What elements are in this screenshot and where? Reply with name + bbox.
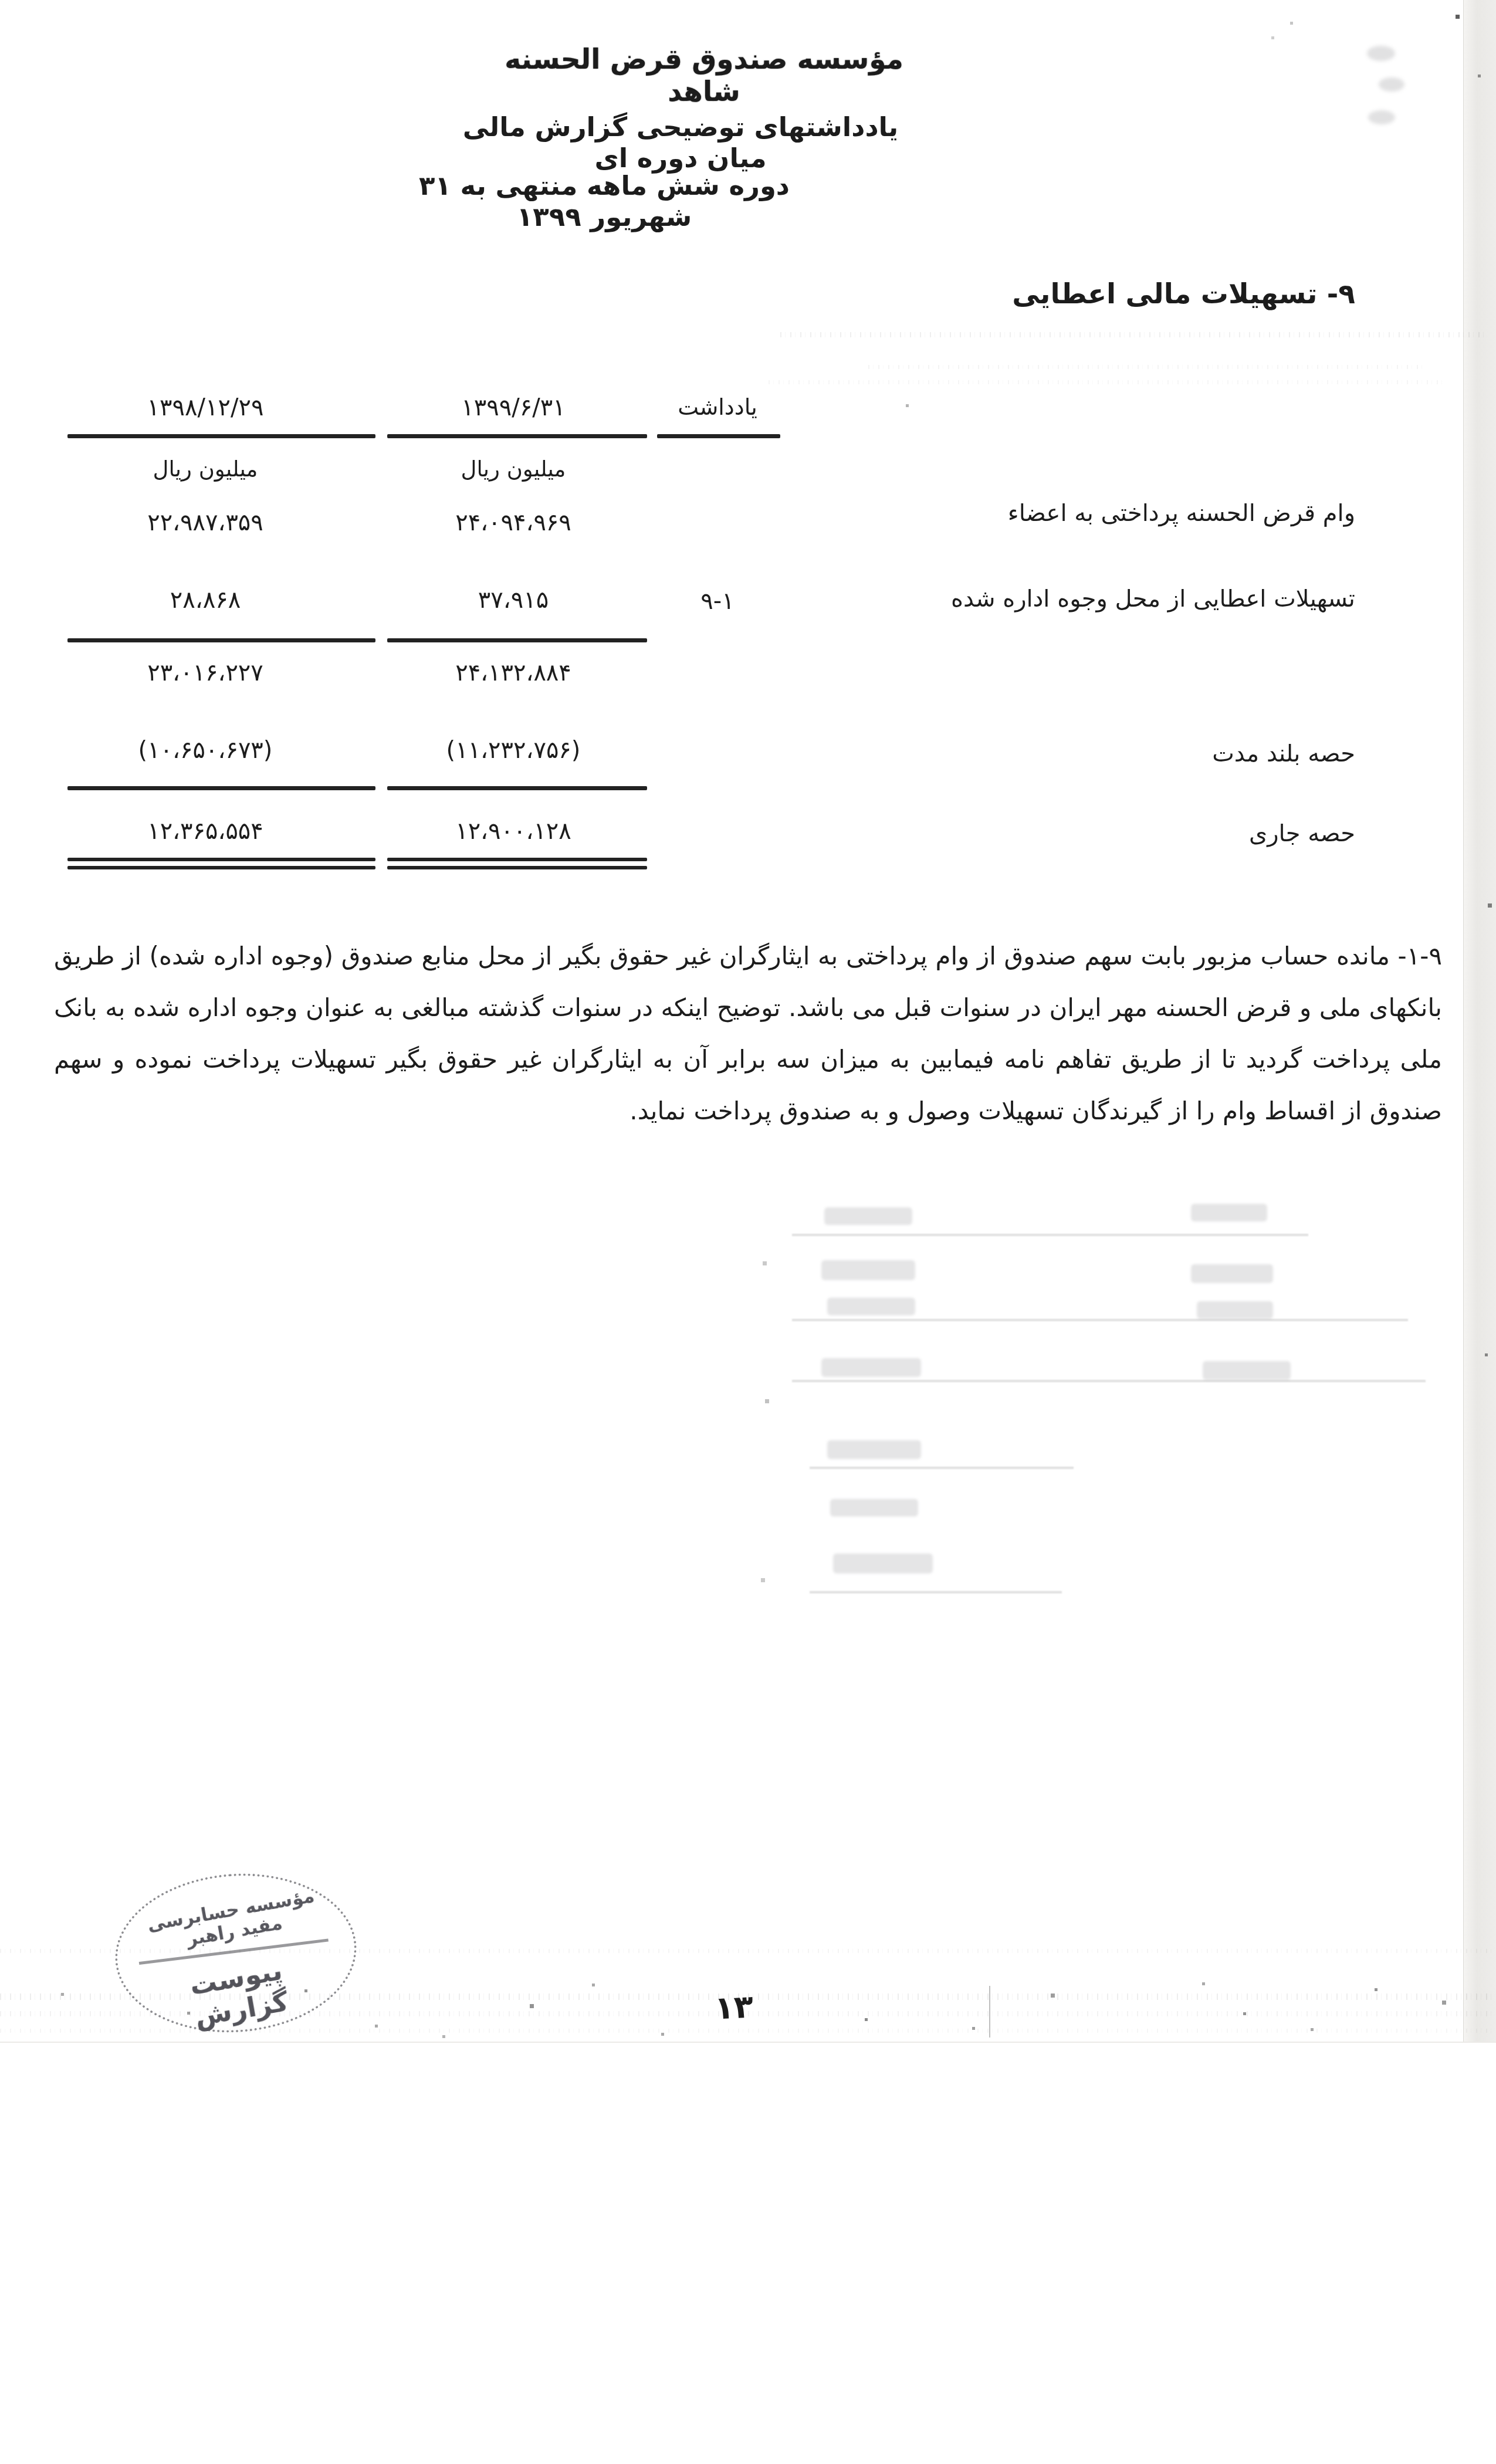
section-heading: ۹- تسهیلات مالی اعطایی	[1012, 278, 1355, 310]
bleed-through-artifact	[821, 1260, 915, 1280]
note-paragraph-line: ۱-۹- مانده حساب مزبور بابت سهم صندوق از …	[54, 930, 1442, 982]
bleed-through-artifact	[827, 1440, 921, 1459]
table-subtotal-current: ۲۴،۱۳۲،۸۸۴	[378, 659, 648, 686]
bleed-through-artifact	[792, 1380, 1426, 1382]
table-cell-prior: ۲۸،۸۶۸	[70, 587, 340, 614]
table-cell-current: ۲۴،۰۹۴،۹۶۹	[378, 509, 648, 536]
bleed-through-artifact	[792, 1319, 1408, 1321]
bleed-through-artifact	[827, 1298, 915, 1315]
column-header-prior-date: ۱۳۹۸/۱۲/۲۹	[70, 394, 340, 421]
note-paragraph-line: بانکهای ملی و قرض الحسنه مهر ایران در سن…	[54, 982, 1442, 1034]
table-rule	[387, 638, 647, 642]
scanner-edge-strip	[1463, 0, 1496, 2043]
table-cell-current: ۳۷،۹۱۵	[378, 587, 648, 614]
bleed-through-artifact	[810, 1591, 1062, 1593]
bleed-through-artifact	[792, 1234, 1308, 1236]
bleed-through-artifact	[830, 1499, 918, 1517]
bleed-through-artifact	[824, 1207, 912, 1225]
table-rule	[67, 638, 375, 642]
table-subtotal-prior: ۲۳،۰۱۶،۲۲۷	[70, 659, 340, 686]
table-row-label: تسهیلات اعطایی از محل وجوه اداره شده	[951, 585, 1355, 612]
table-cell-current: ۱۲،۹۰۰،۱۲۸	[378, 818, 648, 845]
bleed-through-artifact	[1197, 1301, 1273, 1319]
bleed-through-artifact	[1368, 110, 1395, 124]
table-cell-prior: ۱۲،۳۶۵،۵۵۴	[70, 818, 340, 845]
bleed-through-artifact	[1191, 1204, 1267, 1221]
table-cell-prior: (۱۰،۶۵۰،۶۷۳)	[70, 737, 340, 764]
table-double-rule	[387, 858, 647, 861]
bleed-through-artifact	[1367, 46, 1395, 61]
report-subtitle: یادداشتهای توضیحی گزارش مالی میان دوره ا…	[446, 111, 915, 174]
table-row-label: حصه بلند مدت	[1212, 740, 1355, 767]
column-header-current-date: ۱۳۹۹/۶/۳۱	[378, 394, 648, 421]
table-cell-current: (۱۱،۲۳۲،۷۵۶)	[378, 737, 648, 764]
table-rule	[67, 786, 375, 790]
bleed-through-artifact	[810, 1467, 1074, 1469]
table-double-rule	[67, 866, 375, 869]
bleed-through-artifact	[1203, 1361, 1291, 1380]
unit-label: میلیون ریال	[378, 456, 648, 482]
scan-page-bottom-edge	[0, 2042, 1496, 2043]
report-period: دوره شش ماهه منتهی به ۳۱ شهریور ۱۳۹۹	[375, 170, 833, 232]
table-cell-prior: ۲۲،۹۸۷،۳۵۹	[70, 509, 340, 536]
table-row-label: وام قرض الحسنه پرداختی به اعضاء	[1008, 500, 1355, 527]
table-rule	[67, 434, 375, 438]
bleed-through-artifact	[821, 1358, 921, 1377]
scan-speckle-noise	[0, 0, 2, 2]
note-paragraph-line: صندوق از اقساط وام را از گیرندگان تسهیلا…	[54, 1085, 1442, 1137]
unit-label: میلیون ریال	[70, 456, 340, 482]
note-paragraph-line: ملی پرداخت گردید تا از طریق تفاهم نامه ف…	[54, 1034, 1442, 1085]
table-rule	[387, 434, 647, 438]
page-number: ۱۳	[713, 1988, 754, 2026]
bleed-through-artifact	[833, 1553, 933, 1573]
bleed-through-artifact	[1379, 77, 1404, 92]
table-rule	[657, 434, 780, 438]
scan-noise-band	[769, 380, 1443, 384]
table-rule	[387, 786, 647, 790]
table-double-rule	[387, 866, 647, 869]
organization-title: مؤسسه صندوق قرض الحسنه شاهد	[481, 43, 927, 108]
scan-noise-band	[780, 332, 1484, 337]
table-cell-note-ref: ۹-۱	[647, 588, 788, 615]
column-header-note: یادداشت	[647, 394, 788, 420]
scan-noise-band	[868, 365, 1426, 369]
bleed-through-artifact	[1191, 1264, 1273, 1283]
scanned-document-page: { "header": { "org": "مؤسسه صندوق قرض ال…	[0, 0, 1496, 2464]
stamp-note-text: پیوست گزارش	[147, 1947, 331, 2040]
scan-vertical-scratch	[989, 1986, 990, 2037]
table-row-label: حصه جاری	[1249, 820, 1355, 847]
table-double-rule	[67, 858, 375, 861]
stamp-org-name: مؤسسه حسابرسی مفید راهبر	[130, 1883, 336, 1959]
